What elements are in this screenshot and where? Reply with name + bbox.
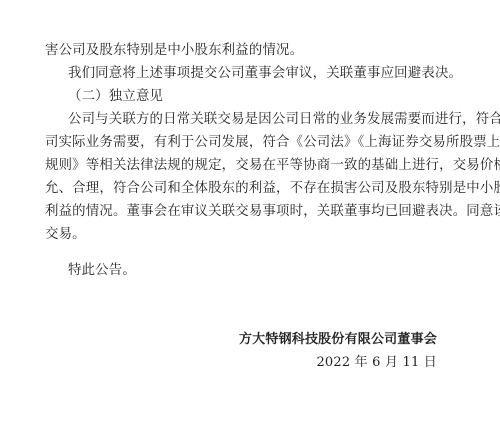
text-line: 允、合理，符合公司和全体股东的利益，不存在损害公司及股东特别是中小股东	[45, 181, 500, 197]
text-line: 利益的情况。董事会在审议关联交易事项时，关联董事均已回避表决。同意该项	[45, 204, 500, 220]
text-line: 公司与关联方的日常关联交易是因公司日常的业务发展需要而进行，符合公	[68, 112, 500, 128]
text-line: 规则》等相关法律法规的规定，交易在平等协商一致的基础上进行，交易价格公	[45, 158, 500, 174]
text-line: 司实际业务需要，有利于公司发展，符合《公司法》《上海证券交易所股票上市	[45, 135, 500, 151]
text-line: 交易。	[45, 227, 86, 243]
signature-date: 2022 年 6 月 11 日	[316, 355, 437, 371]
closing-text: 特此公告。	[68, 263, 136, 279]
text-line: 我们同意将上述事项提交公司董事会审议，关联董事应回避表决。	[68, 66, 462, 82]
text-line: 害公司及股东特别是中小股东利益的情况。	[45, 43, 303, 59]
section-heading: （二）独立意见	[68, 89, 163, 105]
signature-company: 方大特钢科技股份有限公司董事会	[239, 332, 437, 348]
